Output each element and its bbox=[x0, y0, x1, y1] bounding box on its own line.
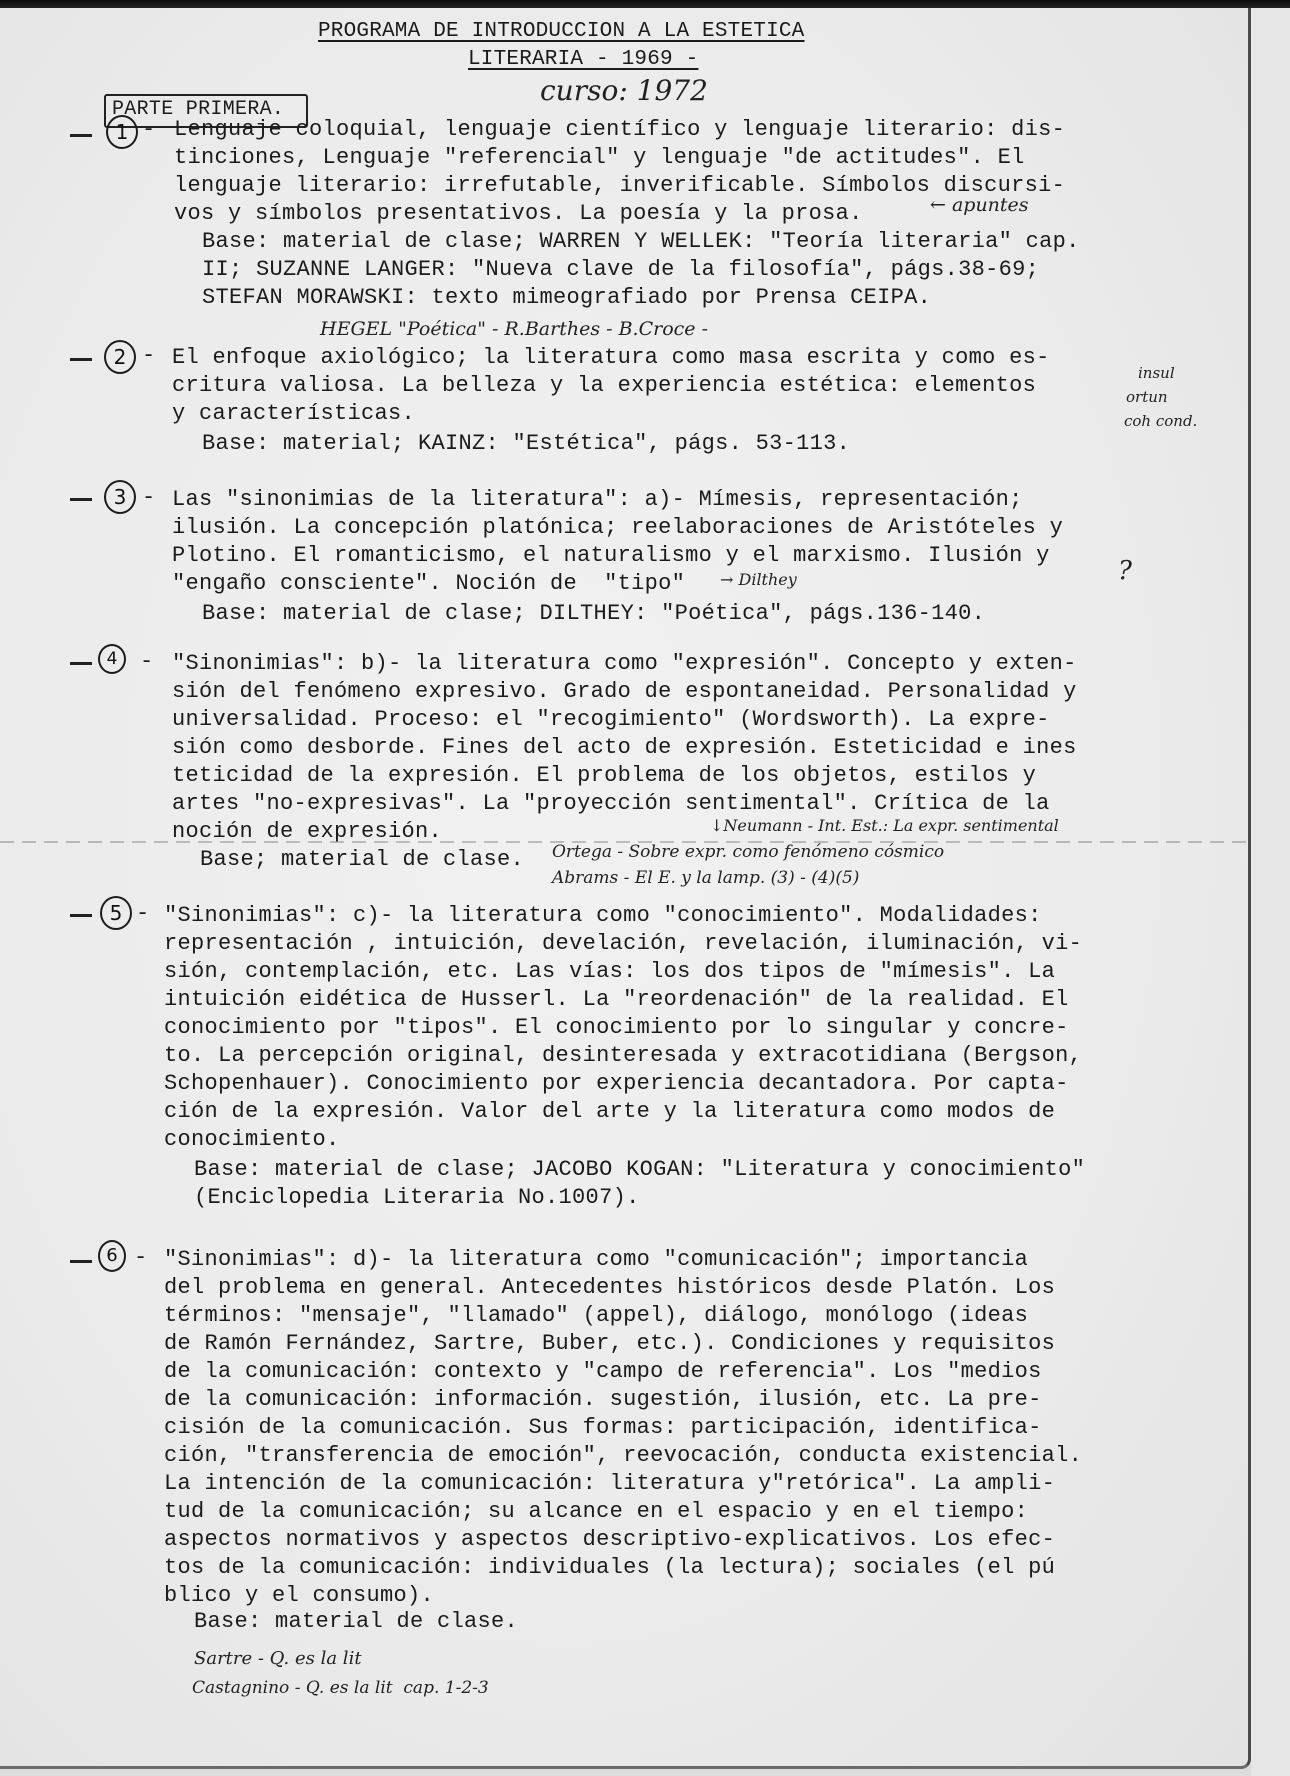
item-text-line: de Ramón Fernández, Sartre, Buber, etc.)… bbox=[164, 1330, 1055, 1358]
base-reference-line: Base: material de clase. bbox=[194, 1608, 518, 1636]
item-text-line: del problema en general. Antecedentes hi… bbox=[164, 1274, 1055, 1302]
item-text-line: términos: "mensaje", "llamado" (appel), … bbox=[164, 1302, 1028, 1330]
handwritten-annotation: Sartre - Q. es la lit bbox=[194, 1648, 362, 1669]
item-dash: - bbox=[134, 1244, 148, 1272]
program-item-6: 6 - "Sinonimias": d)- la literatura como… bbox=[0, 8, 1248, 1766]
handwritten-annotation: Castagnino - Q. es la lit cap. 1-2-3 bbox=[192, 1678, 489, 1698]
item-text-line: aspectos normativos y aspectos descripti… bbox=[164, 1526, 1055, 1554]
item-text-line: ción, "transferencia de emoción", reevoc… bbox=[164, 1442, 1082, 1470]
item-text-line: tud de la comunicación; su alcance en el… bbox=[164, 1498, 1028, 1526]
margin-dash bbox=[70, 1260, 92, 1263]
item-text-line: "Sinonimias": d)- la literatura como "co… bbox=[164, 1246, 1028, 1274]
item-text-line: de la comunicación: información. sugesti… bbox=[164, 1386, 1042, 1414]
item-text-line: blico y el consumo). bbox=[164, 1582, 434, 1610]
scan-background bbox=[1251, 8, 1290, 1776]
item-number-circle: 6 bbox=[98, 1240, 126, 1272]
item-text-line: cisión de la comunicación. Sus formas: p… bbox=[164, 1414, 1042, 1442]
item-text-line: La intención de la comunicación: literat… bbox=[164, 1470, 1055, 1498]
item-text-line: de la comunicación: contexto y "campo de… bbox=[164, 1358, 1042, 1386]
item-text-line: tos de la comunicación: individuales (la… bbox=[164, 1554, 1055, 1582]
document-page: PROGRAMA DE INTRODUCCION A LA ESTETICA L… bbox=[0, 8, 1251, 1769]
